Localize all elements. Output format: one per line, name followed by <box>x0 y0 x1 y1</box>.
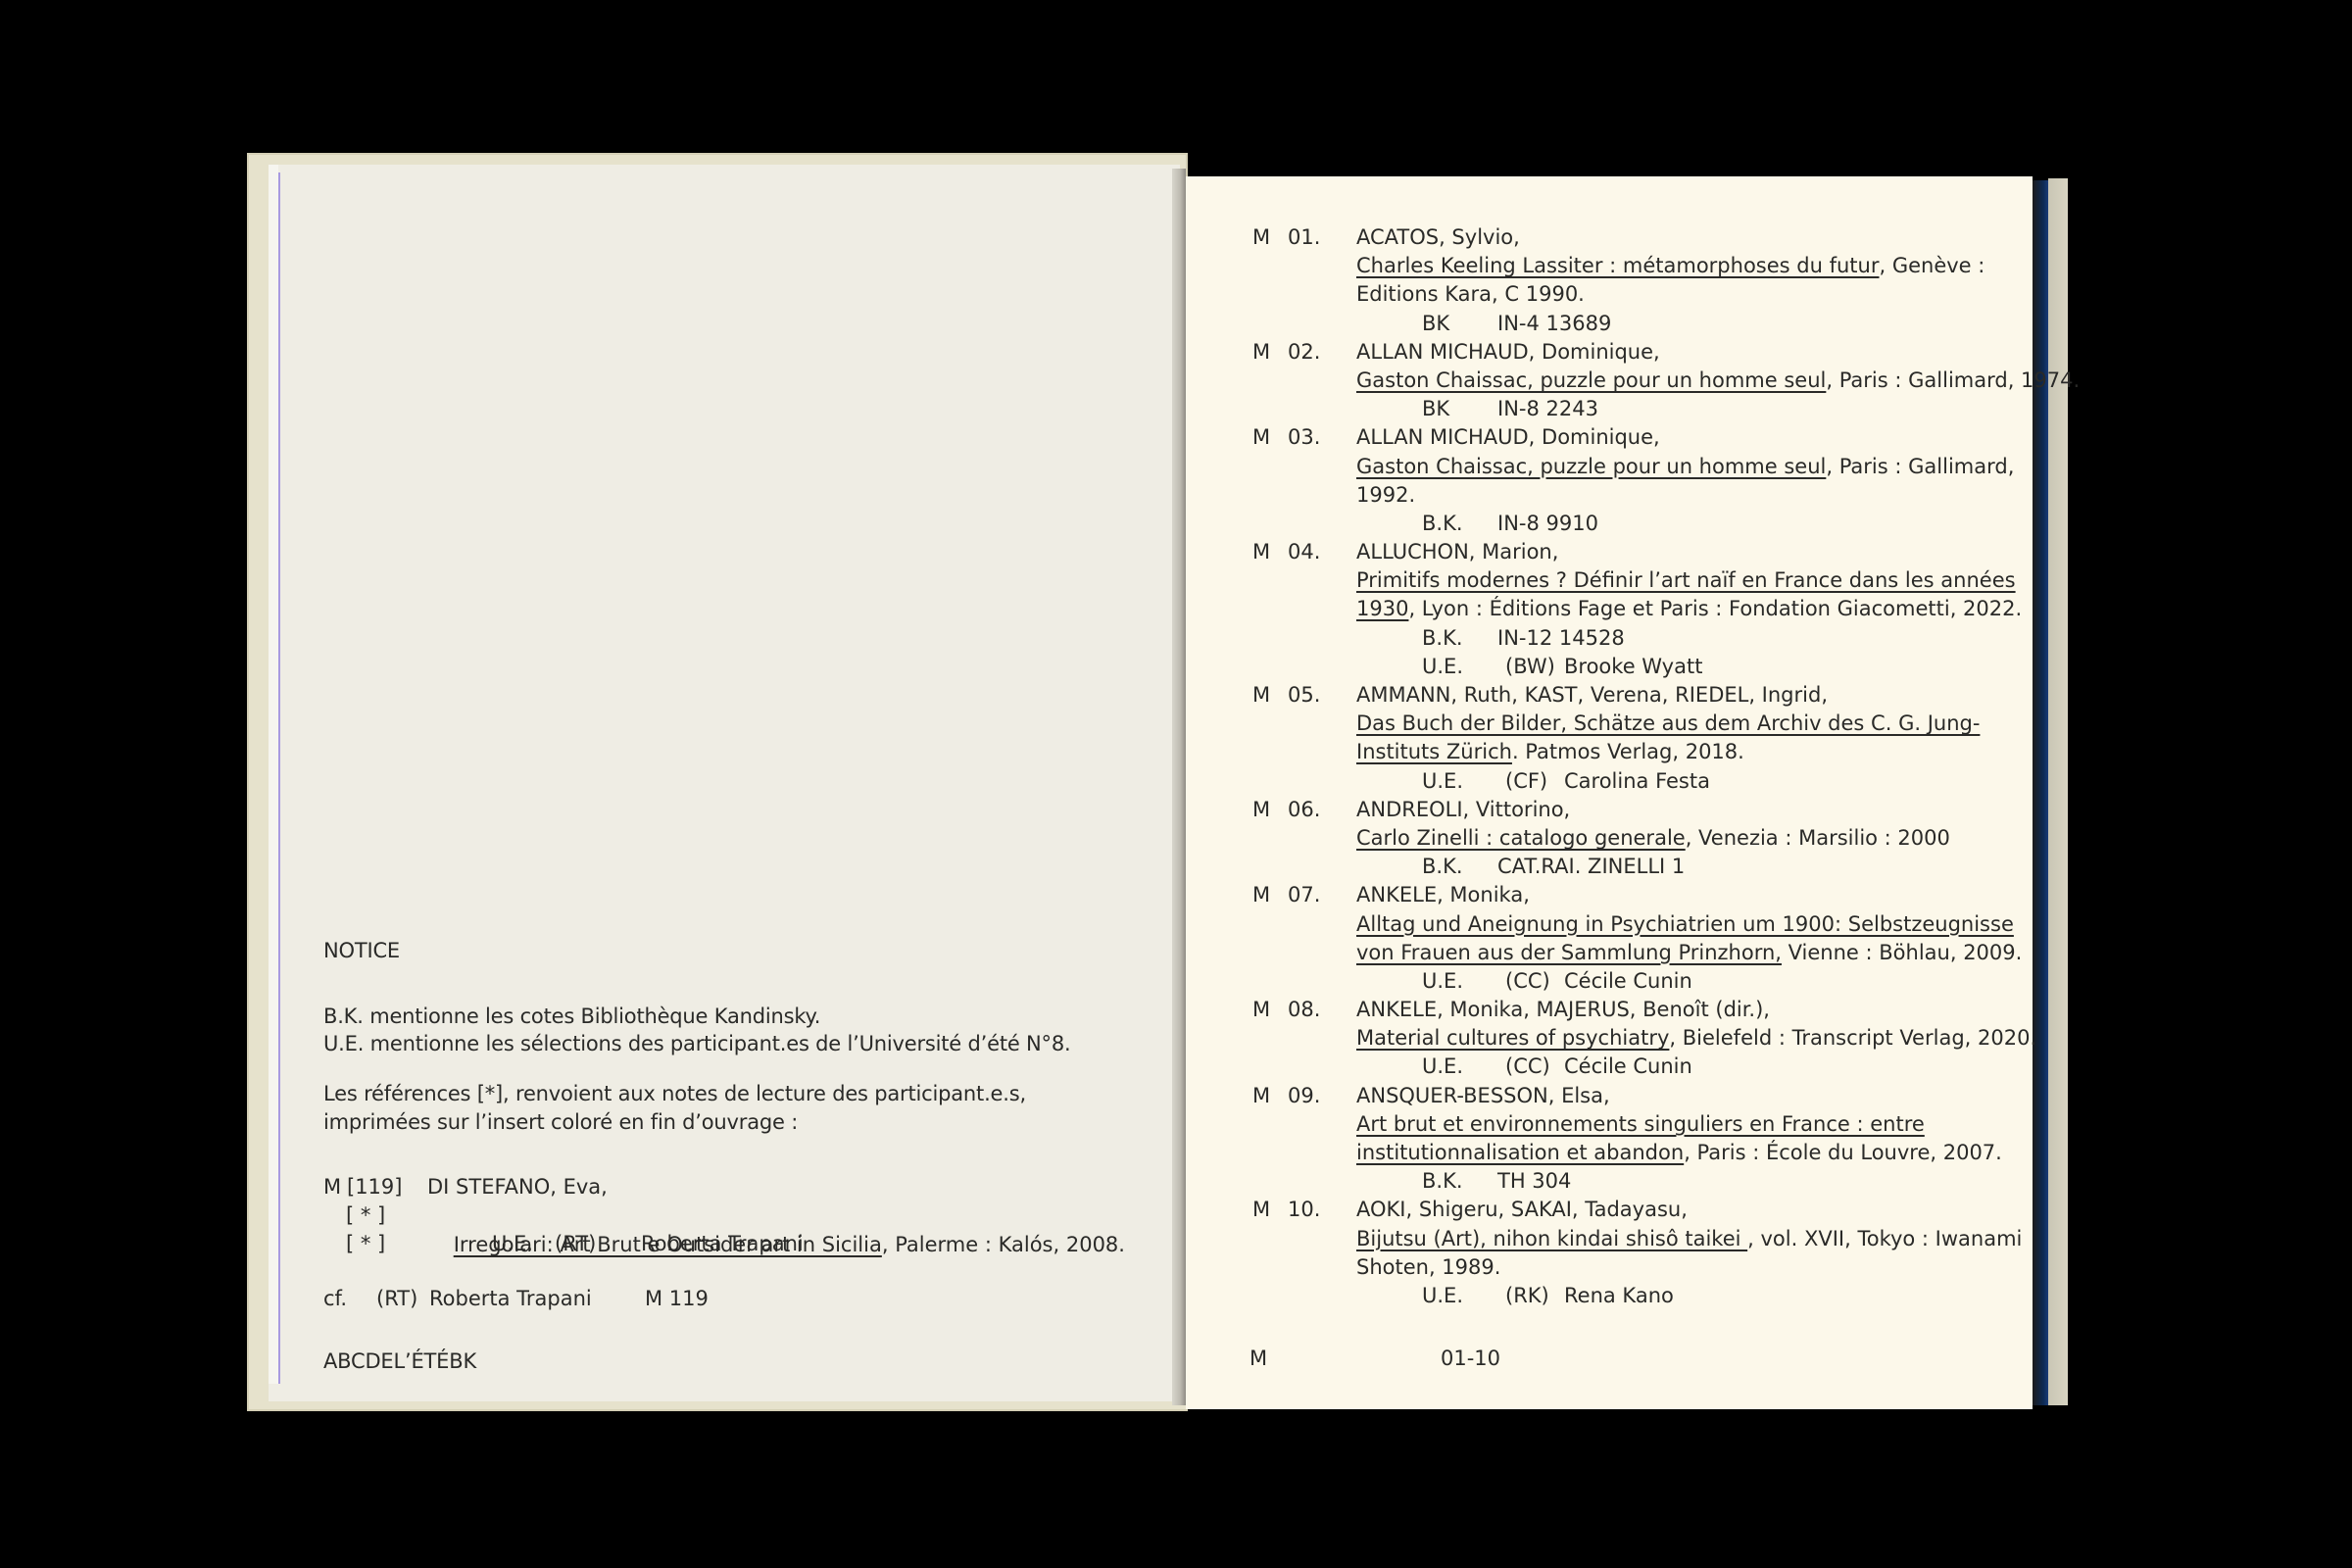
bk-label: BK <box>1422 310 1449 338</box>
entry-publication: , Venezia : Marsilio : 2000 <box>1686 826 1950 850</box>
entry-author: ANSQUER-BESSON, Elsa, <box>1356 1082 1610 1110</box>
entry-prefix: M <box>1252 338 1270 367</box>
entry-title-line: Carlo Zinelli : catalogo generale, Venez… <box>1356 824 1950 853</box>
bibliography-entry: M01.ACATOS, Sylvio,Charles Keeling Lassi… <box>1252 223 2056 338</box>
entry-title-line: 1930, Lyon : Éditions Fage et Paris : Fo… <box>1356 595 2022 623</box>
entry-publication: Shoten, 1989. <box>1356 1255 1500 1279</box>
example-marker-2: [ * ] <box>346 1229 385 1258</box>
entry-title-line: Instituts Zürich. Patmos Verlag, 2018. <box>1356 738 1744 766</box>
entry-number: 08. <box>1288 996 1320 1024</box>
entry-title: von Frauen aus der Sammlung Prinzhorn, <box>1356 941 1782 964</box>
bk-label: B.K. <box>1422 853 1463 881</box>
entry-publication: Editions Kara, C 1990. <box>1356 282 1585 306</box>
entry-title: Material cultures of psychiatry <box>1356 1026 1669 1050</box>
bibliography-entry: M05.AMMANN, Ruth, KAST, Verena, RIEDEL, … <box>1252 681 2056 796</box>
cf-code: (RT) <box>376 1284 417 1313</box>
bk-label: BK <box>1422 395 1449 423</box>
entry-title: institutionnalisation et abandon <box>1356 1141 1684 1164</box>
bk-shelfmark: IN-12 14528 <box>1497 624 1625 653</box>
entry-title: Instituts Zürich <box>1356 740 1512 763</box>
references-note-line-2: imprimées sur l’insert coloré en fin d’o… <box>323 1107 798 1137</box>
entry-number: 03. <box>1288 423 1320 452</box>
entry-title-line: Art brut et environnements singuliers en… <box>1356 1110 1925 1139</box>
entry-publication: , Genève : <box>1879 254 1984 277</box>
ue-label: U.E. <box>1422 1282 1463 1310</box>
ue-participant-name: Rena Kano <box>1564 1282 1674 1310</box>
entry-title-line: Charles Keeling Lassiter : métamorphoses… <box>1356 252 1984 280</box>
entry-number: 07. <box>1288 881 1320 909</box>
ue-label: U.E. <box>1422 967 1463 996</box>
entry-author: ANKELE, Monika, <box>1356 881 1530 909</box>
entry-title-line: institutionnalisation et abandon, Paris … <box>1356 1139 2002 1167</box>
left-page-footer: ABCDEL’ÉTÉBK <box>323 1347 476 1376</box>
entry-number: 02. <box>1288 338 1320 367</box>
entry-author: ANDREOLI, Vittorino, <box>1356 796 1570 824</box>
footer-range: 01-10 <box>1441 1347 1500 1370</box>
cf-ref: M 119 <box>645 1284 709 1313</box>
bk-shelfmark: CAT.RAI. ZINELLI 1 <box>1497 853 1685 881</box>
bibliography-entry: M10.AOKI, Shigeru, SAKAI, Tadayasu,Bijut… <box>1252 1196 2056 1310</box>
entry-title-line: Shoten, 1989. <box>1356 1253 1500 1282</box>
example-ue-label: U.E. <box>492 1229 533 1258</box>
ue-participant-name: Brooke Wyatt <box>1564 653 1702 681</box>
ue-participant-code: (RK) <box>1505 1282 1549 1310</box>
bibliography-entry: M08.ANKELE, Monika, MAJERUS, Benoît (dir… <box>1252 996 2056 1082</box>
example-prefix: M <box>323 1172 341 1201</box>
entry-title: Primitifs modernes ? Définir l’art naïf … <box>1356 568 2016 592</box>
bibliography-entry: M03.ALLAN MICHAUD, Dominique,Gaston Chai… <box>1252 423 2056 538</box>
example-number: [119] <box>347 1172 402 1201</box>
entry-author: ALLUCHON, Marion, <box>1356 538 1558 566</box>
ue-participant-code: (BW) <box>1505 653 1555 681</box>
cf-label: cf. <box>323 1284 347 1313</box>
entry-title-line: Gaston Chaissac, puzzle pour un homme se… <box>1356 367 2080 395</box>
entry-prefix: M <box>1252 538 1270 566</box>
entry-title-line: Das Buch der Bilder, Schätze aus dem Arc… <box>1356 710 1980 738</box>
entry-title: Gaston Chaissac, puzzle pour un homme se… <box>1356 455 1826 478</box>
entry-number: 06. <box>1288 796 1320 824</box>
ue-participant-name: Cécile Cunin <box>1564 1053 1692 1081</box>
bk-label: B.K. <box>1422 624 1463 653</box>
ue-participant-code: (CC) <box>1505 1053 1550 1081</box>
bibliography-entry: M02.ALLAN MICHAUD, Dominique,Gaston Chai… <box>1252 338 2056 424</box>
notice-heading: NOTICE <box>323 936 400 965</box>
example-publication: , Palerme : Kalós, 2008. <box>882 1233 1125 1256</box>
entry-title: Bijutsu (Art), nihon kindai shisô taikei <box>1356 1227 1747 1250</box>
entry-title: Das Buch der Bilder, Schätze aus dem Arc… <box>1356 711 1980 735</box>
entry-prefix: M <box>1252 796 1270 824</box>
entry-title: Gaston Chaissac, puzzle pour un homme se… <box>1356 368 1826 392</box>
cf-name: Roberta Trapani <box>429 1284 592 1313</box>
entry-title: Carlo Zinelli : catalogo generale <box>1356 826 1686 850</box>
entry-title: Charles Keeling Lassiter : métamorphoses… <box>1356 254 1879 277</box>
bibliography-entry: M09.ANSQUER-BESSON, Elsa,Art brut et env… <box>1252 1082 2056 1197</box>
entry-title-line: von Frauen aus der Sammlung Prinzhorn, V… <box>1356 939 2022 967</box>
entry-publication: , Bielefeld : Transcript Verlag, 2020. <box>1669 1026 2036 1050</box>
entry-author: ACATOS, Sylvio, <box>1356 223 1520 252</box>
footer-section-letter: M <box>1249 1347 1267 1370</box>
entry-author: ALLAN MICHAUD, Dominique, <box>1356 338 1660 367</box>
entry-author: AOKI, Shigeru, SAKAI, Tadayasu, <box>1356 1196 1688 1224</box>
bk-shelfmark: IN-4 13689 <box>1497 310 1611 338</box>
bk-label: B.K. <box>1422 510 1463 538</box>
legend-bk: B.K. mentionne les cotes Bibliothèque Ka… <box>323 1002 820 1031</box>
entry-title-line: Gaston Chaissac, puzzle pour un homme se… <box>1356 453 2014 481</box>
references-note-line-1: Les références [*], renvoient aux notes … <box>323 1079 1026 1108</box>
entry-publication: Vienne : Böhlau, 2009. <box>1782 941 2022 964</box>
entry-title-line: Material cultures of psychiatry, Bielefe… <box>1356 1024 2036 1053</box>
book-gutter <box>1172 169 1186 1405</box>
entry-publication: 1992. <box>1356 483 1415 507</box>
entry-title: Alltag und Aneignung in Psychiatrien um … <box>1356 912 2014 936</box>
entry-publication: , Lyon : Éditions Fage et Paris : Fondat… <box>1408 597 2022 620</box>
entry-number: 09. <box>1288 1082 1320 1110</box>
bibliography-list: M01.ACATOS, Sylvio,Charles Keeling Lassi… <box>1252 223 2056 1310</box>
entry-number: 10. <box>1288 1196 1320 1224</box>
entry-publication: , vol. XVII, Tokyo : Iwanami <box>1747 1227 2022 1250</box>
entry-author: ANKELE, Monika, MAJERUS, Benoît (dir.), <box>1356 996 1770 1024</box>
entry-prefix: M <box>1252 881 1270 909</box>
bk-shelfmark: TH 304 <box>1497 1167 1571 1196</box>
entry-prefix: M <box>1252 423 1270 452</box>
ue-participant-code: (CF) <box>1505 767 1547 796</box>
entry-prefix: M <box>1252 1082 1270 1110</box>
entry-title: Art brut et environnements singuliers en… <box>1356 1112 1925 1136</box>
ue-label: U.E. <box>1422 653 1463 681</box>
entry-number: 01. <box>1288 223 1320 252</box>
entry-title: 1930 <box>1356 597 1408 620</box>
example-marker: [ * ] <box>346 1200 385 1230</box>
example-ue-name: Roberta Trapani <box>641 1229 804 1258</box>
bk-label: B.K. <box>1422 1167 1463 1196</box>
legend-ue: U.E. mentionne les sélections des partic… <box>323 1029 1071 1058</box>
bk-shelfmark: IN-8 9910 <box>1497 510 1598 538</box>
entry-title-line: 1992. <box>1356 481 1415 510</box>
bibliography-entry: M06.ANDREOLI, Vittorino,Carlo Zinelli : … <box>1252 796 2056 882</box>
entry-title-line: Bijutsu (Art), nihon kindai shisô taikei… <box>1356 1225 2022 1253</box>
ue-label: U.E. <box>1422 1053 1463 1081</box>
bibliography-entry: M04.ALLUCHON, Marion,Primitifs modernes … <box>1252 538 2056 681</box>
entry-prefix: M <box>1252 223 1270 252</box>
ue-label: U.E. <box>1422 767 1463 796</box>
ue-participant-name: Carolina Festa <box>1564 767 1710 796</box>
example-ue-code: (RT) <box>555 1229 596 1258</box>
entry-author: ALLAN MICHAUD, Dominique, <box>1356 423 1660 452</box>
entry-prefix: M <box>1252 681 1270 710</box>
entry-author: AMMANN, Ruth, KAST, Verena, RIEDEL, Ingr… <box>1356 681 1828 710</box>
example-author: DI STEFANO, Eva, <box>427 1172 608 1201</box>
ue-participant-code: (CC) <box>1505 967 1550 996</box>
entry-title-line: Editions Kara, C 1990. <box>1356 280 1585 309</box>
entry-publication: , Paris : Gallimard, <box>1826 455 2014 478</box>
entry-prefix: M <box>1252 996 1270 1024</box>
entry-title-line: Primitifs modernes ? Définir l’art naïf … <box>1356 566 2016 595</box>
entry-title-line: Alltag und Aneignung in Psychiatrien um … <box>1356 910 2014 939</box>
bk-shelfmark: IN-8 2243 <box>1497 395 1598 423</box>
entry-number: 04. <box>1288 538 1320 566</box>
entry-prefix: M <box>1252 1196 1270 1224</box>
bibliography-entry: M07.ANKELE, Monika,Alltag und Aneignung … <box>1252 881 2056 996</box>
entry-publication: . Patmos Verlag, 2018. <box>1512 740 1744 763</box>
entry-number: 05. <box>1288 681 1320 710</box>
entry-publication: , Paris : École du Louvre, 2007. <box>1684 1141 2002 1164</box>
ue-participant-name: Cécile Cunin <box>1564 967 1692 996</box>
entry-publication: , Paris : Gallimard, 1974. <box>1826 368 2080 392</box>
